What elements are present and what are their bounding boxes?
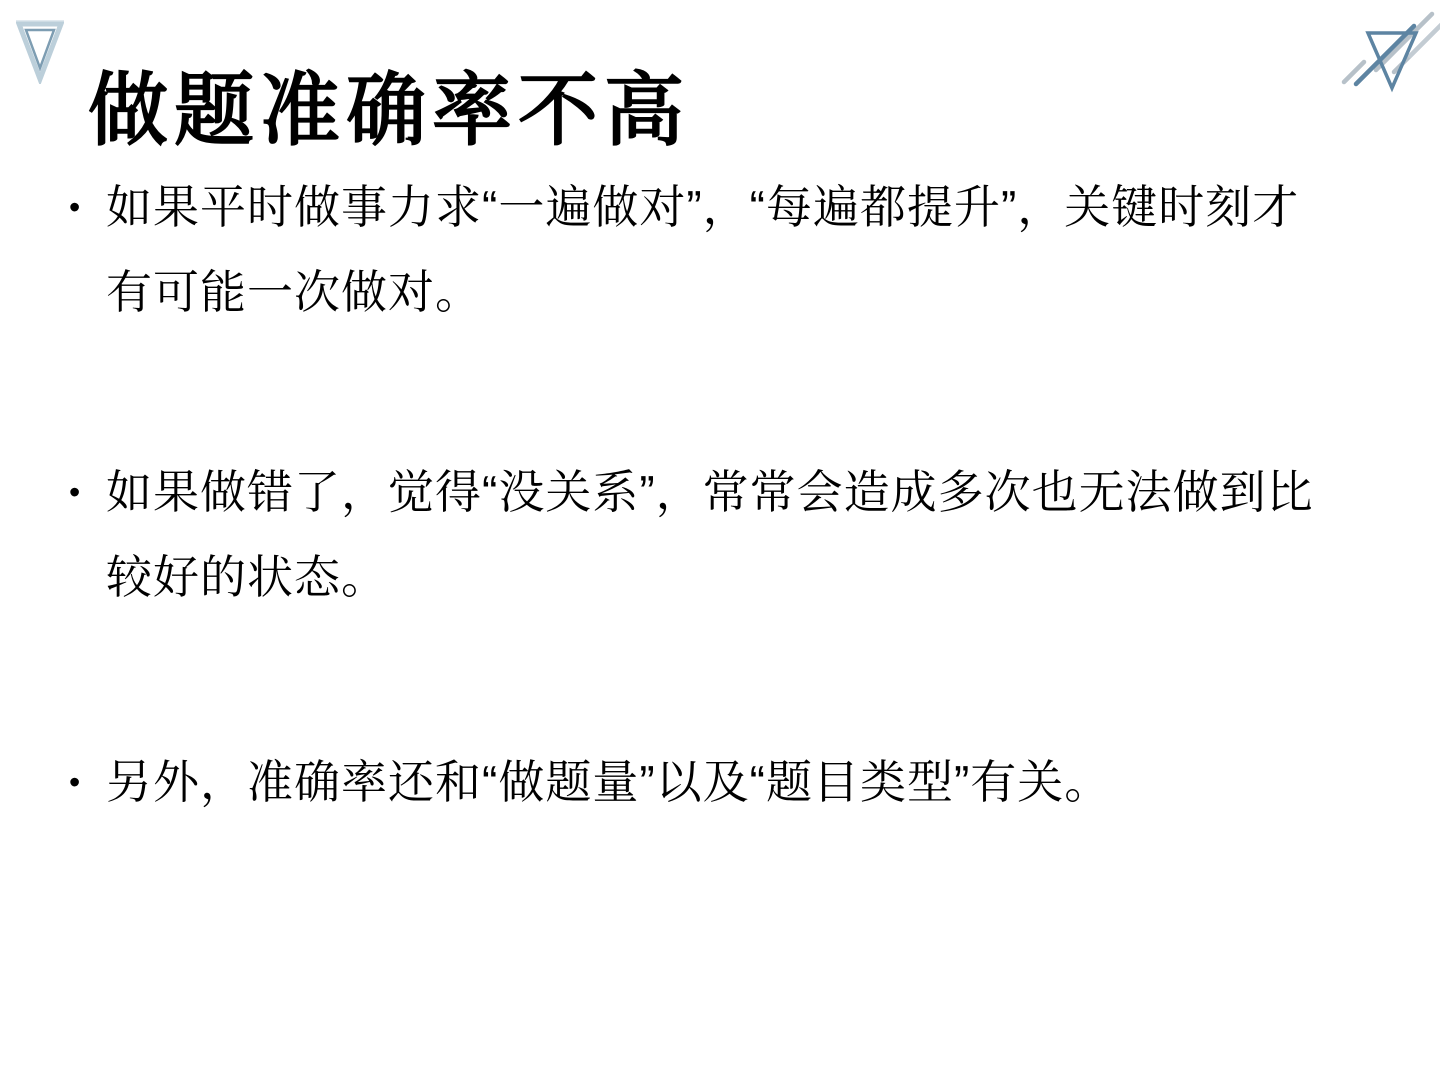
- bullet-text-line: 有可能一次做对。: [106, 250, 1299, 335]
- bullet-item-2: • 如果做错了，觉得“没关系”，常常会造成多次也无法做到比 较好的状态。: [66, 450, 1314, 620]
- bullet-text-line: 如果平时做事力求“一遍做对”，“每遍都提升”，关键时刻才: [106, 165, 1299, 250]
- bullet-text-block: 如果做错了，觉得“没关系”，常常会造成多次也无法做到比 较好的状态。: [106, 450, 1314, 620]
- bullet-marker: •: [66, 165, 106, 250]
- bullet-marker: •: [66, 740, 106, 825]
- bullet-text-block: 如果平时做事力求“一遍做对”，“每遍都提升”，关键时刻才 有可能一次做对。: [106, 165, 1299, 335]
- slide-canvas: 做题准确率不高 • 如果平时做事力求“一遍做对”，“每遍都提升”，关键时刻才 有…: [0, 0, 1440, 1080]
- bullet-marker: •: [66, 450, 106, 535]
- bullet-text-line: 较好的状态。: [106, 535, 1314, 620]
- bullet-item-3: • 另外，准确率还和“做题量”以及“题目类型”有关。: [66, 740, 1111, 825]
- slide-title: 做题准确率不高: [88, 46, 690, 161]
- striped-triangle-logo-icon: [1336, 0, 1440, 100]
- bullet-item-1: • 如果平时做事力求“一遍做对”，“每遍都提升”，关键时刻才 有可能一次做对。: [66, 165, 1299, 335]
- bullet-text-block: 另外，准确率还和“做题量”以及“题目类型”有关。: [106, 740, 1111, 825]
- bullet-text-line: 如果做错了，觉得“没关系”，常常会造成多次也无法做到比: [106, 450, 1314, 535]
- nested-triangle-logo-icon: [16, 20, 64, 84]
- bullet-text-line: 另外，准确率还和“做题量”以及“题目类型”有关。: [106, 740, 1111, 825]
